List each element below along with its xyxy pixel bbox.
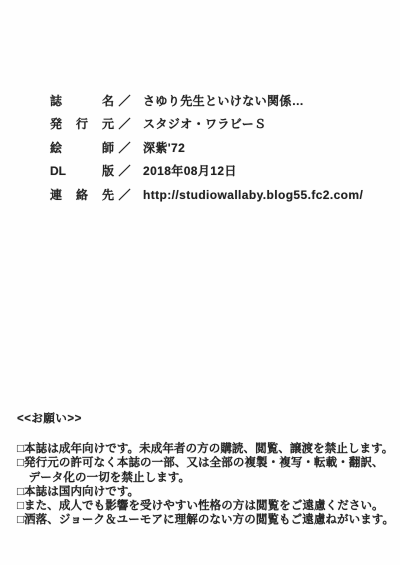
info-label-contact: 連絡先 xyxy=(50,184,114,207)
notice-line-no-reproduction-cont: データ化の一切を禁止します。 xyxy=(17,471,394,485)
info-row-contact: 連絡先 ／ http://studiowallaby.blog55.fc2.co… xyxy=(50,184,363,207)
notice-heading: <<お願い>> xyxy=(17,412,394,426)
publication-info-table: 誌名 ／ さゆり先生といけない関係… 発行元 ／ スタジオ・ワラビーＳ 絵師 ／… xyxy=(50,90,363,207)
info-label-dl-edition: DL版 xyxy=(50,160,114,183)
info-label-title: 誌名 xyxy=(50,90,114,113)
info-label-artist: 絵師 xyxy=(50,137,114,160)
info-label-publisher: 発行元 xyxy=(50,113,114,136)
info-row-artist: 絵師 ／ 深紫'72 xyxy=(50,137,363,160)
separator-slash: ／ xyxy=(118,113,131,136)
info-value-artist: 深紫'72 xyxy=(143,137,185,160)
separator-slash: ／ xyxy=(118,160,131,183)
notice-line-sensitive-readers: □また、成人でも影響を受けやすい性格の方は閲覧をご遠慮ください。 xyxy=(17,499,394,513)
notice-line-domestic-only: □本誌は国内向けです。 xyxy=(17,485,394,499)
info-value-contact-url: http://studiowallaby.blog55.fc2.com/ xyxy=(143,184,363,207)
separator-slash: ／ xyxy=(118,90,131,113)
info-row-publisher: 発行元 ／ スタジオ・ワラビーＳ xyxy=(50,113,363,136)
notice-line-adult-only: □本誌は成年向けです。未成年者の方の購読、閲覧、譲渡を禁止します。 xyxy=(17,442,394,456)
info-value-title: さゆり先生といけない関係… xyxy=(143,90,304,113)
info-row-dl-edition: DL版 ／ 2018年08月12日 xyxy=(50,160,363,183)
info-value-publisher: スタジオ・ワラビーＳ xyxy=(143,113,267,136)
notice-line-humor-disclaimer: □洒落、ジョーク＆ユーモアに理解のない方の閲覧もご遠慮ねがいます。 xyxy=(17,513,394,527)
notice-section: <<お願い>> □本誌は成年向けです。未成年者の方の購読、閲覧、譲渡を禁止します… xyxy=(17,412,394,528)
colophon-page: 誌名 ／ さゆり先生といけない関係… 発行元 ／ スタジオ・ワラビーＳ 絵師 ／… xyxy=(0,0,400,565)
info-row-title: 誌名 ／ さゆり先生といけない関係… xyxy=(50,90,363,113)
notice-line-no-reproduction: □発行元の許可なく本誌の一部、又は全部の複製・複写・転載・翻訳、 xyxy=(17,456,394,470)
separator-slash: ／ xyxy=(118,137,131,160)
separator-slash: ／ xyxy=(118,184,131,207)
info-value-dl-edition-date: 2018年08月12日 xyxy=(143,160,237,183)
